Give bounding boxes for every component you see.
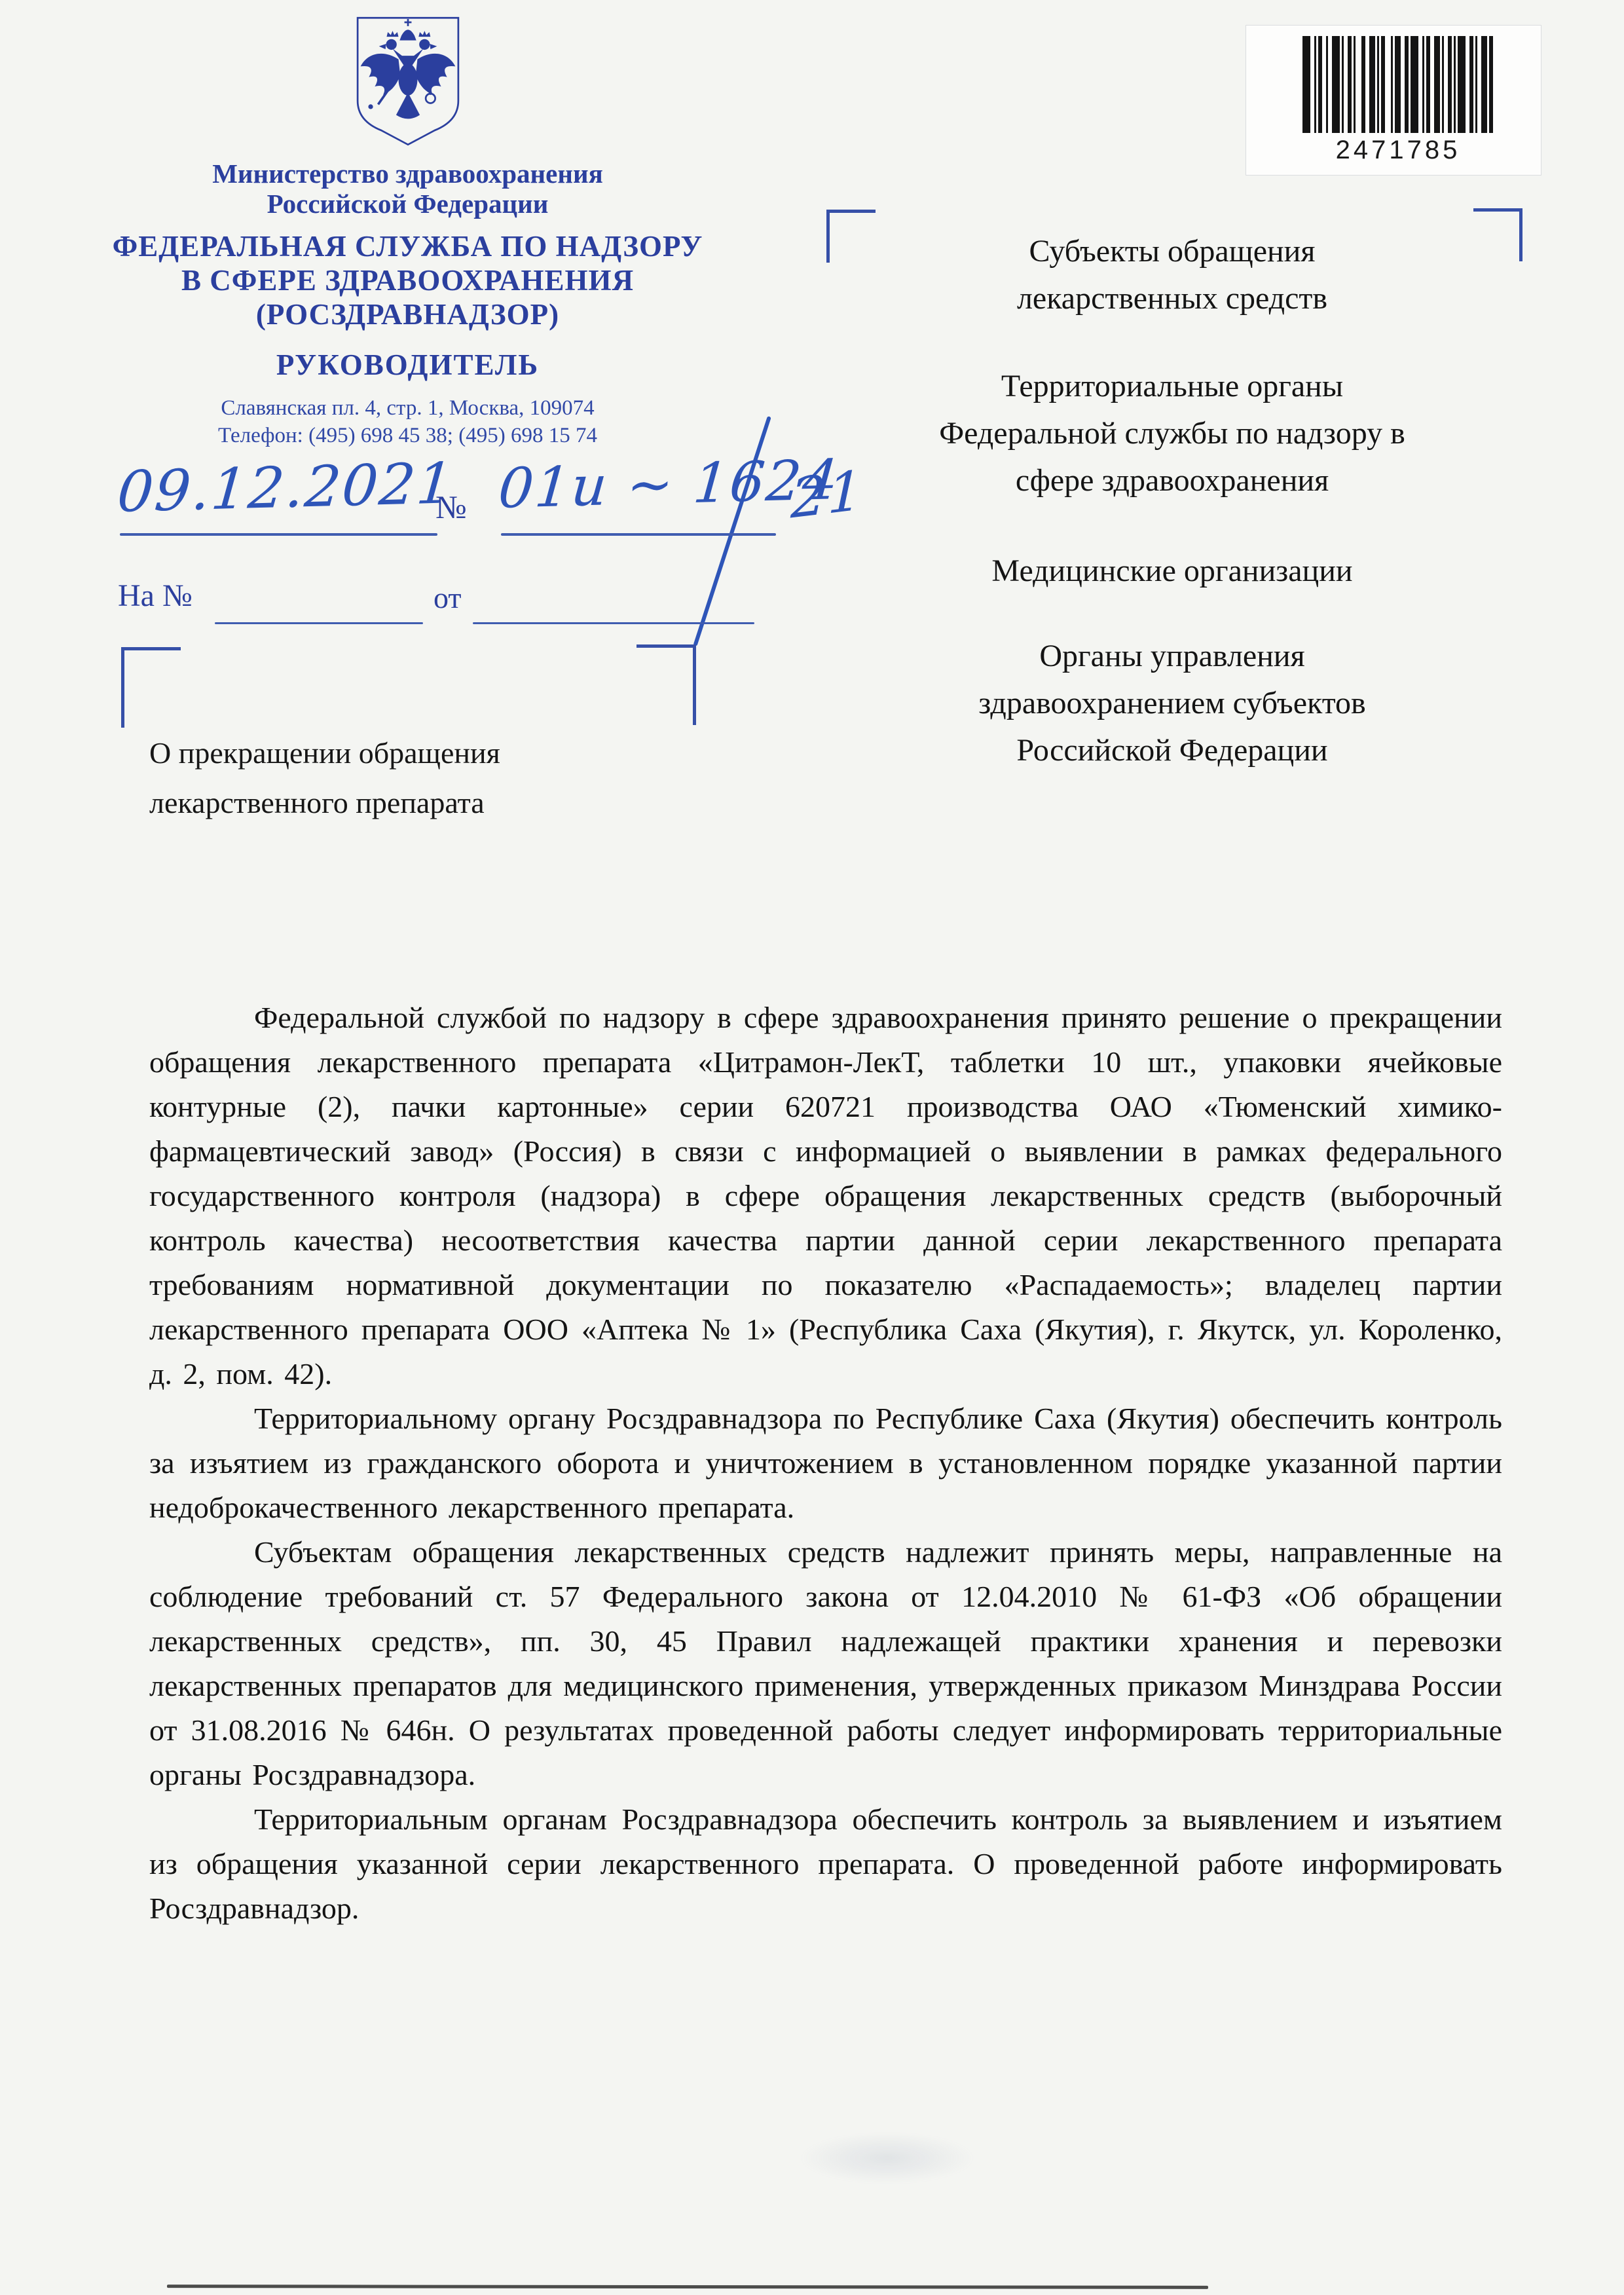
service-name-line1: ФЕДЕРАЛЬНАЯ СЛУЖБА ПО НАДЗОРУ	[98, 229, 717, 263]
recipient-line: Федеральной службы по надзору в	[815, 410, 1529, 457]
document-page: Министерство здравоохранения Российской …	[0, 0, 1624, 2295]
registration-date-handwritten: 09.12.2021	[115, 451, 456, 525]
barcode-bars	[1302, 36, 1493, 133]
recipient-line: Субъекты обращения	[815, 228, 1529, 275]
service-name-line2: В СФЕРЕ ЗДРАВООХРАНЕНИЯ	[98, 263, 717, 297]
body-paragraph: Территориальным органам Росздравнадзора …	[149, 1797, 1502, 1931]
body-paragraph: Территориальному органу Росздравнадзора …	[149, 1396, 1502, 1530]
recipient-line: здравоохранением субъектов	[815, 680, 1529, 727]
number-underline	[501, 533, 776, 536]
subject-corner-bracket-right	[637, 644, 696, 725]
scan-smudge	[799, 2132, 976, 2184]
number-sign: №	[435, 488, 467, 526]
ministry-name-line2: Российской Федерации	[98, 189, 717, 219]
letter-body: Федеральной службой по надзору в сфере з…	[149, 996, 1502, 1931]
recipient-line: лекарственных средств	[815, 275, 1529, 322]
service-name-line3: (РОСЗДРАВНАДЗОР)	[98, 297, 717, 331]
recipient-line: Органы управления	[815, 633, 1529, 680]
letterhead: Министерство здравоохранения Российской …	[98, 13, 717, 449]
subject-line2: лекарственного препарата	[149, 778, 739, 828]
subject-corner-bracket-left	[121, 647, 181, 728]
registration-number-handwritten: 01и ~ 1624	[496, 447, 842, 521]
phone-line: Телефон: (495) 698 45 38; (495) 698 15 7…	[98, 422, 717, 449]
recipient-group: Органы управления здравоохранением субъе…	[815, 633, 1529, 774]
recipient-group: Медицинские организации	[815, 548, 1529, 595]
reply-number-underline	[215, 622, 423, 624]
subject-block: О прекращении обращения лекарственного п…	[149, 728, 739, 828]
coat-of-arms-icon	[342, 13, 473, 149]
reply-date-label: от	[434, 580, 462, 615]
recipient-line: Российской Федерации	[815, 727, 1529, 774]
recipient-group: Территориальные органы Федеральной служб…	[815, 363, 1529, 504]
scan-edge-line	[167, 2285, 1208, 2289]
recipient-line: сфере здравоохранения	[815, 457, 1529, 504]
subject-line1: О прекращении обращения	[149, 728, 739, 778]
recipients-block: Субъекты обращения лекарственных средств…	[815, 228, 1529, 815]
barcode-label: 2471785	[1246, 25, 1541, 176]
reply-number-label: На №	[118, 578, 193, 614]
barcode-number: 2471785	[1302, 136, 1494, 165]
body-paragraph: Субъектам обращения лекарственных средст…	[149, 1530, 1502, 1797]
address-line: Славянская пл. 4, стр. 1, Москва, 109074	[98, 394, 717, 422]
reply-date-underline	[473, 622, 754, 624]
position-title: РУКОВОДИТЕЛЬ	[98, 348, 717, 381]
recipient-group: Субъекты обращения лекарственных средств	[815, 228, 1529, 322]
body-paragraph: Федеральной службой по надзору в сфере з…	[149, 996, 1502, 1396]
date-underline	[120, 533, 437, 536]
ministry-name-line1: Министерство здравоохранения	[98, 159, 717, 189]
recipient-line: Медицинские организации	[815, 548, 1529, 595]
recipient-line: Территориальные органы	[815, 363, 1529, 410]
